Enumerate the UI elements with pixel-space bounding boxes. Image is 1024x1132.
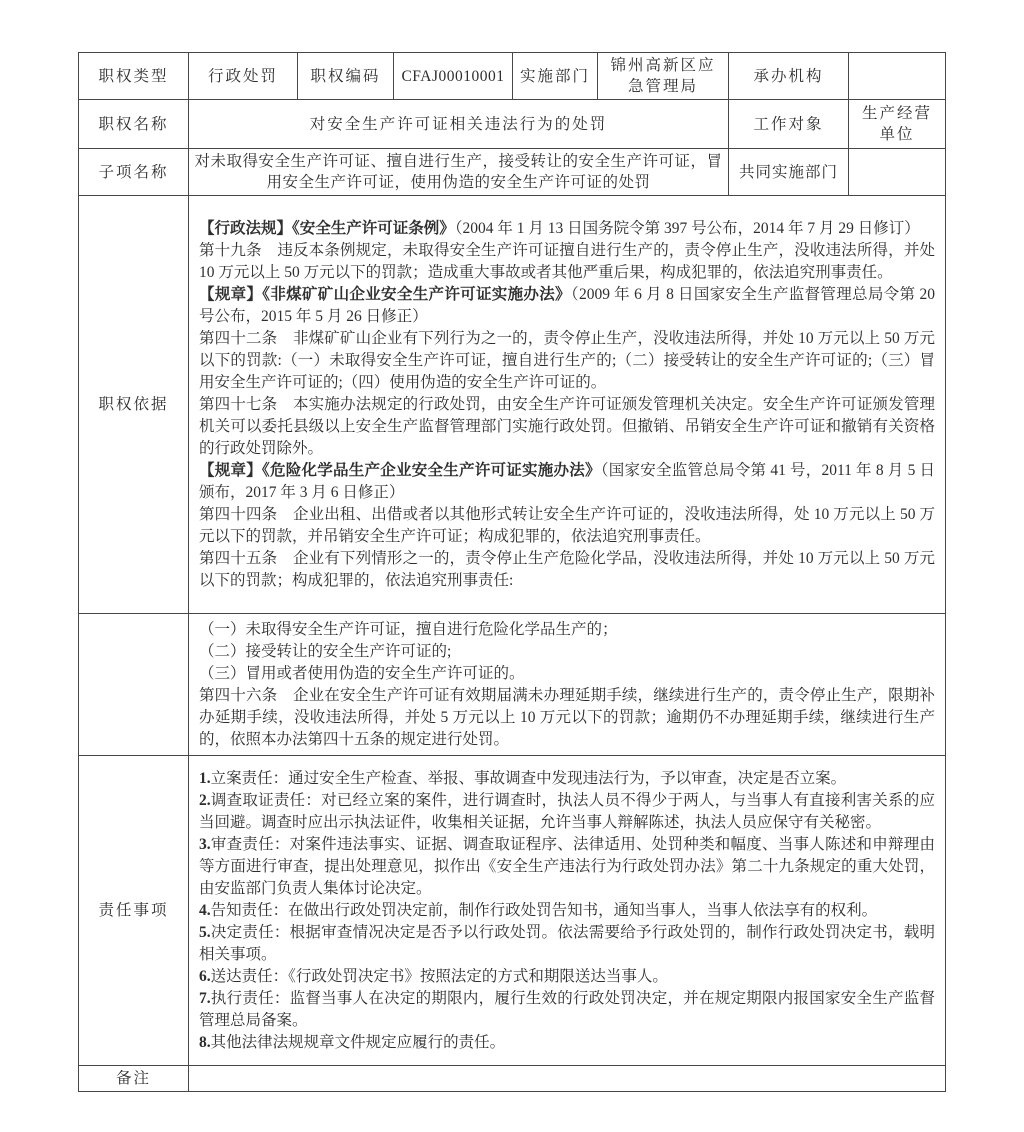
duty-text: 决定责任：根据审查情况决定是否予以行政处罚。依法需要给予行政处罚的，制作行政处罚… bbox=[199, 924, 935, 963]
duty-text: 审查责任：对案件违法事实、证据、调查取证程序、法律适用、处罚种类和幅度、当事人陈… bbox=[199, 836, 935, 897]
authority-name-label: 职权名称 bbox=[79, 100, 189, 149]
paragraph-text: 第四十五条 企业有下列情形之一的，责令停止生产危险化学品，没收违法所得，并处 1… bbox=[199, 550, 935, 589]
duty-item: 6.送达责任：《行政处罚决定书》按照法定的方式和期限送达当事人。 bbox=[199, 966, 935, 988]
authority-type-label: 职权类型 bbox=[79, 53, 189, 100]
joint-dept-label: 共同实施部门 bbox=[729, 149, 849, 196]
paragraph-text: （一）未取得安全生产许可证，擅自进行危险化学品生产的； bbox=[199, 621, 618, 638]
duty-number: 3. bbox=[199, 836, 211, 853]
duty-item: 5.决定责任：根据审查情况决定是否予以行政处罚。依法需要给予行政处罚的，制作行政… bbox=[199, 922, 935, 966]
table-row: 备注 bbox=[79, 1066, 946, 1092]
duty-number: 6. bbox=[199, 968, 211, 985]
duty-number: 8. bbox=[199, 1034, 211, 1051]
duty-item: 8.其他法律法规规章文件规定应履行的责任。 bbox=[199, 1032, 935, 1054]
legal-paragraph: 第四十二条 非煤矿矿山企业有下列行为之一的，责令停止生产，没收违法所得，并处 1… bbox=[199, 328, 935, 394]
subitem-name-label: 子项名称 bbox=[79, 149, 189, 196]
paragraph-text: 第四十七条 本实施办法规定的行政处罚，由安全生产许可证颁发管理机关决定。安全生产… bbox=[199, 396, 935, 457]
legal-paragraph: 第四十五条 企业有下列情形之一的，责令停止生产危险化学品，没收违法所得，并处 1… bbox=[199, 548, 935, 592]
duty-number: 2. bbox=[199, 792, 211, 809]
duty-item: 7.执行责任：监督当事人在决定的期限内，履行生效的行政处罚决定，并在规定期限内报… bbox=[199, 988, 935, 1032]
legal-paragraph: （二）接受转让的安全生产许可证的; bbox=[199, 641, 935, 663]
duty-text: 送达责任：《行政处罚决定书》按照法定的方式和期限送达当事人。 bbox=[211, 968, 668, 985]
paragraph-text: （三）冒用或者使用伪造的安全生产许可证的。 bbox=[199, 665, 525, 682]
legal-basis-continued-content: （一）未取得安全生产许可证，擅自进行危险化学品生产的； （二）接受转让的安全生产… bbox=[189, 614, 946, 756]
table-row: 子项名称 对未取得安全生产许可证、擅自进行生产，接受转让的安全生产许可证，冒用安… bbox=[79, 149, 946, 196]
duty-item: 4.告知责任：在做出行政处罚决定前，制作行政处罚告知书，通知当事人，当事人依法享… bbox=[199, 900, 935, 922]
implementing-dept-value: 锦州高新区应急管理局 bbox=[598, 53, 729, 100]
legal-paragraph: 第十九条 违反本条例规定，未取得安全生产许可证擅自进行生产的，责令停止生产，没收… bbox=[199, 240, 935, 284]
authority-type-value: 行政处罚 bbox=[189, 53, 298, 100]
paragraph-text: 第四十二条 非煤矿矿山企业有下列行为之一的，责令停止生产，没收违法所得，并处 1… bbox=[199, 330, 935, 391]
scanned-document-page: { "colors": { "border-color": "#474747",… bbox=[0, 0, 1024, 1132]
handling-agency-label: 承办机构 bbox=[729, 53, 849, 100]
duty-item: 2.调查取证责任：对已经立案的案件，进行调查时，执法人员不得少于两人，与当事人有… bbox=[199, 790, 935, 834]
table-row: 职权类型 行政处罚 职权编码 CFAJ00010001 实施部门 锦州高新区应急… bbox=[79, 53, 946, 100]
legal-paragraph: （三）冒用或者使用伪造的安全生产许可证的。 bbox=[199, 663, 935, 685]
legal-paragraph: （一）未取得安全生产许可证，擅自进行危险化学品生产的； bbox=[199, 619, 935, 641]
regulation-title: 【规章】《非煤矿矿山企业安全生产许可证实施办法》 bbox=[199, 286, 571, 303]
authority-duty-table: 职权类型 行政处罚 职权编码 CFAJ00010001 实施部门 锦州高新区应急… bbox=[78, 52, 946, 1092]
subitem-name-value: 对未取得安全生产许可证、擅自进行生产，接受转让的安全生产许可证，冒用安全生产许可… bbox=[189, 149, 729, 196]
duty-text: 其他法律法规规章文件规定应履行的责任。 bbox=[211, 1034, 506, 1051]
paragraph-text: 第四十六条 企业在安全生产许可证有效期届满未办理延期手续，继续进行生产的，责令停… bbox=[199, 687, 935, 748]
duty-item: 3.审查责任：对案件违法事实、证据、调查取证程序、法律适用、处罚种类和幅度、当事… bbox=[199, 834, 935, 900]
paragraph-text: 第十九条 违反本条例规定，未取得安全生产许可证擅自进行生产的，责令停止生产，没收… bbox=[199, 242, 935, 281]
table-row: 责任事项 1.立案责任：通过安全生产检查、举报、事故调查中发现违法行为，予以审查… bbox=[79, 756, 946, 1066]
duty-text: 执行责任：监督当事人在决定的期限内，履行生效的行政处罚决定，并在规定期限内报国家… bbox=[199, 990, 935, 1029]
legal-basis-content: 【行政法规】《安全生产许可证条例》（2004 年 1 月 13 日国务院令第 3… bbox=[189, 196, 946, 614]
work-object-label: 工作对象 bbox=[729, 100, 849, 149]
table-row: 职权名称 对安全生产许可证相关违法行为的处罚 工作对象 生产经营单位 bbox=[79, 100, 946, 149]
duty-text: 调查取证责任：对已经立案的案件，进行调查时，执法人员不得少于两人，与当事人有直接… bbox=[199, 792, 935, 831]
duty-number: 7. bbox=[199, 990, 211, 1007]
legal-paragraph: 【行政法规】《安全生产许可证条例》（2004 年 1 月 13 日国务院令第 3… bbox=[199, 218, 935, 240]
table-row: 职权依据 【行政法规】《安全生产许可证条例》（2004 年 1 月 13 日国务… bbox=[79, 196, 946, 614]
legal-paragraph: 第四十六条 企业在安全生产许可证有效期届满未办理延期手续，继续进行生产的，责令停… bbox=[199, 685, 935, 751]
legal-paragraph: 第四十四条 企业出租、出借或者以其他形式转让安全生产许可证的，没收违法所得，处 … bbox=[199, 504, 935, 548]
paragraph-text: （二）接受转让的安全生产许可证的; bbox=[199, 643, 451, 660]
duty-number: 1. bbox=[199, 770, 211, 787]
authority-name-value: 对安全生产许可证相关违法行为的处罚 bbox=[189, 100, 729, 149]
duty-text: 立案责任：通过安全生产检查、举报、事故调查中发现违法行为，予以审查，决定是否立案… bbox=[211, 770, 847, 787]
remarks-value bbox=[189, 1066, 946, 1092]
remarks-label: 备注 bbox=[79, 1066, 189, 1092]
responsibility-items-content: 1.立案责任：通过安全生产检查、举报、事故调查中发现违法行为，予以审查，决定是否… bbox=[189, 756, 946, 1066]
authority-code-value: CFAJ00010001 bbox=[394, 53, 513, 100]
legal-basis-label: 职权依据 bbox=[79, 196, 189, 614]
authority-code-label: 职权编码 bbox=[298, 53, 394, 100]
duty-number: 4. bbox=[199, 902, 211, 919]
regulation-title: 【规章】《危险化学品生产企业安全生产许可证实施办法》 bbox=[199, 462, 601, 479]
duty-item: 1.立案责任：通过安全生产检查、举报、事故调查中发现违法行为，予以审查，决定是否… bbox=[199, 768, 935, 790]
regulation-title: 【行政法规】《安全生产许可证条例》 bbox=[199, 220, 455, 237]
responsibility-items-label: 责任事项 bbox=[79, 756, 189, 1066]
implementing-dept-label: 实施部门 bbox=[513, 53, 598, 100]
legal-paragraph: 第四十七条 本实施办法规定的行政处罚，由安全生产许可证颁发管理机关决定。安全生产… bbox=[199, 394, 935, 460]
handling-agency-value bbox=[849, 53, 946, 100]
duty-number: 5. bbox=[199, 924, 211, 941]
paragraph-text: （2004 年 1 月 13 日国务院令第 397 号公布，2014 年 7 月… bbox=[455, 220, 920, 237]
duty-text: 告知责任：在做出行政处罚决定前，制作行政处罚告知书，通知当事人，当事人依法享有的… bbox=[211, 902, 878, 919]
legal-basis-continued-label bbox=[79, 614, 189, 756]
joint-dept-value bbox=[849, 149, 946, 196]
legal-paragraph: 【规章】《危险化学品生产企业安全生产许可证实施办法》（国家安全监管总局令第 41… bbox=[199, 460, 935, 504]
paragraph-text: 第四十四条 企业出租、出借或者以其他形式转让安全生产许可证的，没收违法所得，处 … bbox=[199, 506, 935, 545]
legal-paragraph: 【规章】《非煤矿矿山企业安全生产许可证实施办法》（2009 年 6 月 8 日国… bbox=[199, 284, 935, 328]
work-object-value: 生产经营单位 bbox=[849, 100, 946, 149]
table-row: （一）未取得安全生产许可证，擅自进行危险化学品生产的； （二）接受转让的安全生产… bbox=[79, 614, 946, 756]
